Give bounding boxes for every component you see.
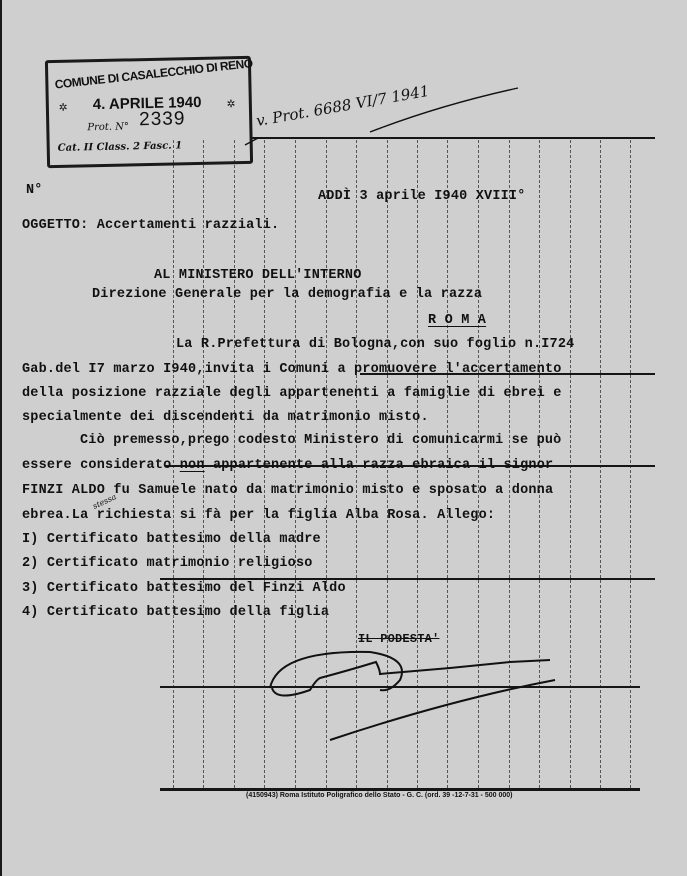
attachment-item: 3) Certificato battesimo del Finzi Aldo (22, 581, 346, 596)
date-line: ADDÌ 3 aprile I940 XVIII° (318, 189, 526, 204)
body-paragraph2-line1: Ciò premesso,prego codesto Ministero di … (80, 433, 561, 448)
handwritten-stroke (240, 60, 520, 150)
body-paragraph2-line4: ebrea.La richiesta si fà per la figlia A… (22, 508, 495, 523)
stamp-ornament-icon: ✲ (59, 99, 68, 116)
attachment-item: 2) Certificato matrimonio religioso (22, 556, 313, 571)
text-segment: essere considerato (22, 458, 180, 473)
body-paragraph2-line2: essere considerato non appartenente alla… (22, 458, 553, 473)
stamp-categories: Cat. II Class. 2 Fasc. 1 (58, 140, 183, 154)
addressee-city: R O M A (428, 313, 486, 328)
stamp-protocol-label: Prot. N° (87, 121, 129, 133)
body-paragraph1-line3: della posizione razziale degli appartene… (22, 386, 562, 401)
printer-imprint: (4150943) Roma Istituto Poligrafico dell… (246, 792, 512, 799)
grid-horizontal-rule (160, 578, 655, 580)
body-paragraph2-line3: FINZI ALDO fu Samuele nato da matrimonio… (22, 483, 553, 498)
protocol-stamp: COMUNE DI CASALECCHIO DI RENO ✲ 4. APRIL… (45, 56, 253, 168)
underlined-non: non (180, 458, 205, 473)
grid-vertical-rule (600, 140, 601, 788)
body-paragraph1-line1: La R.Prefettura di Bologna,con suo fogli… (176, 337, 574, 352)
body-paragraph1-line4: specialmente dei discendenti da matrimon… (22, 410, 429, 425)
protocol-number-label: N° (26, 183, 43, 198)
subject-line: OGGETTO: Accertamenti razziali. (22, 218, 279, 233)
grid-horizontal-rule (160, 788, 640, 791)
stamp-ornament-icon: ✲ (227, 95, 236, 112)
addressee-directorate: Direzione Generale per la demografia e l… (92, 287, 482, 302)
stamp-protocol-number: 2339 (139, 108, 186, 131)
stamp-comune: COMUNE DI CASALECCHIO DI RENO (54, 56, 253, 91)
attachment-item: 4) Certificato battesimo della figlia (22, 605, 329, 620)
grid-vertical-rule (630, 140, 631, 788)
signature-scribble (250, 640, 580, 750)
body-paragraph1-line2: Gab.del I7 marzo I940,invita i Comuni a … (22, 362, 562, 377)
page-edge (0, 0, 2, 876)
text-segment: appartenente alla razza ebraica il signo… (205, 458, 554, 473)
attachment-item: I) Certificato battesimo della madre (22, 532, 321, 547)
addressee-ministry: AL MINISTERO DELL'INTERNO (154, 268, 362, 283)
